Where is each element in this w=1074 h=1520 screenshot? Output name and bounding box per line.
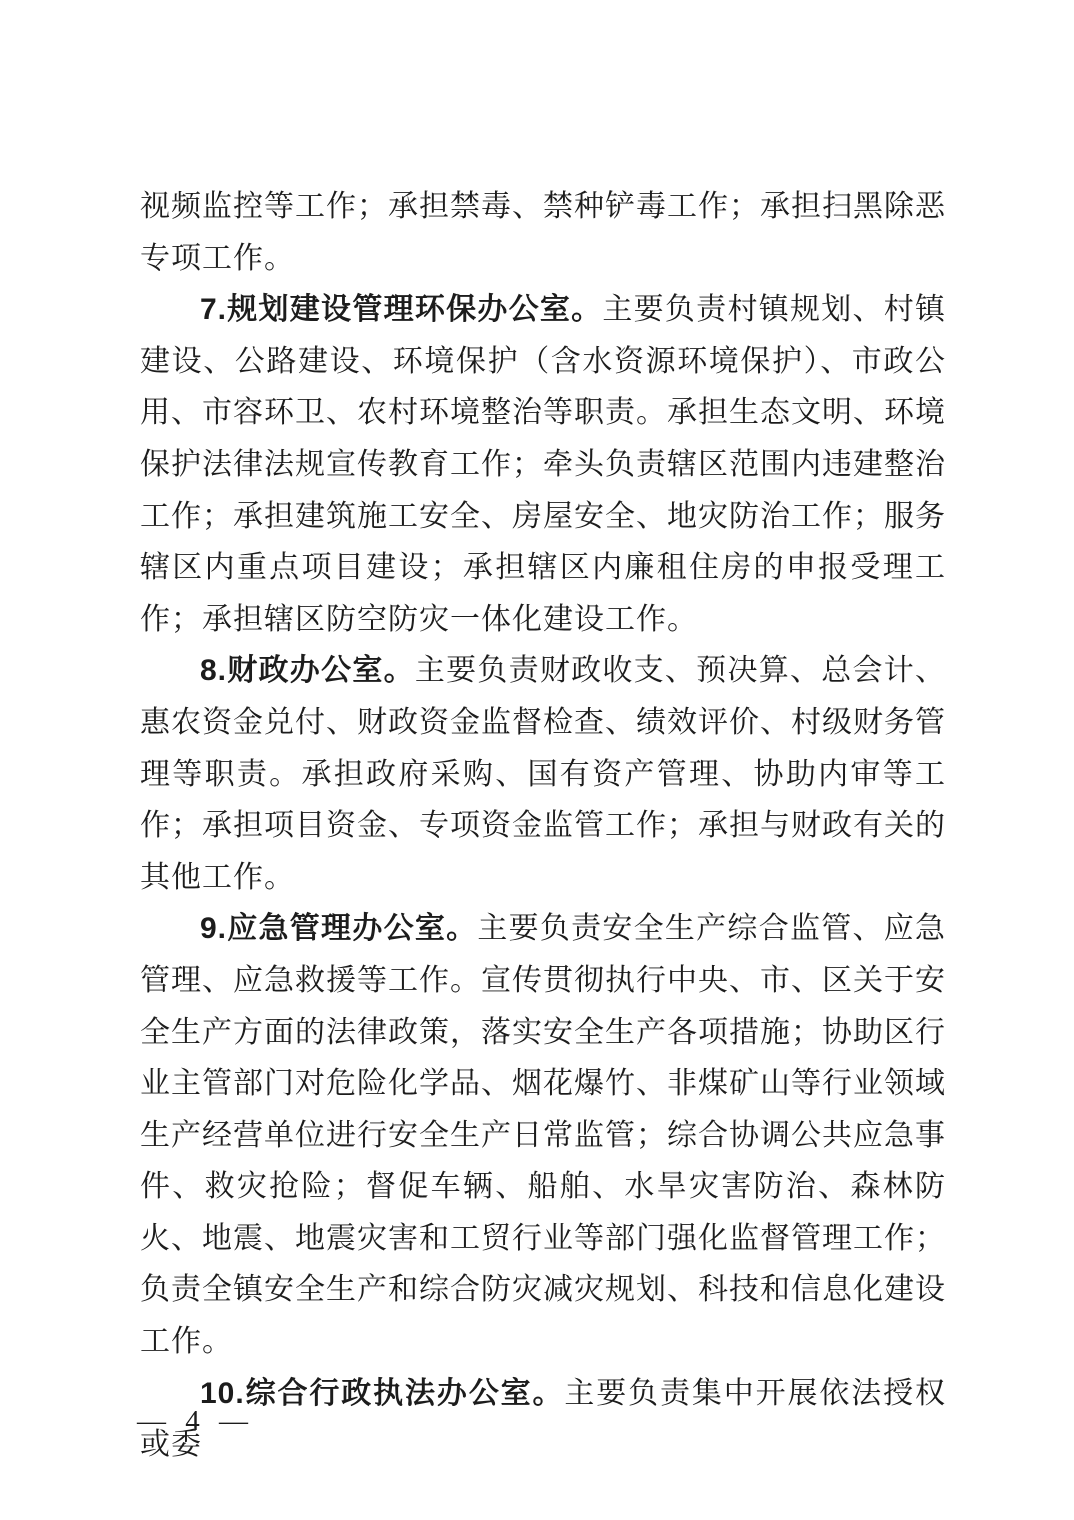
body-text: 视频监控等工作；承担禁毒、禁种铲毒工作；承担扫黑除恶专项工作。 7.规划建设管理…	[140, 181, 946, 1471]
paragraph: 9.应急管理办公室。主要负责安全生产综合监管、应急管理、应急救援等工作。宣传贯彻…	[140, 903, 946, 1367]
paragraph: 7.规划建设管理环保办公室。主要负责村镇规划、村镇建设、公路建设、环境保护（含水…	[140, 284, 946, 645]
paragraph-text: 视频监控等工作；承担禁毒、禁种铲毒工作；承担扫黑除恶专项工作。	[140, 190, 946, 275]
section-heading: 9.应急管理办公室。	[200, 912, 477, 945]
page-number: — 4 —	[137, 1405, 254, 1438]
paragraph: 10.综合行政执法办公室。主要负责集中开展依法授权或委	[140, 1368, 946, 1471]
section-heading: 7.规划建设管理环保办公室。	[200, 293, 602, 326]
paragraph-text: 主要负责安全生产综合监管、应急管理、应急救援等工作。宣传贯彻执行中央、市、区关于…	[140, 912, 946, 1358]
section-heading: 8.财政办公室。	[200, 654, 415, 687]
paragraph: 8.财政办公室。主要负责财政收支、预决算、总会计、惠农资金兑付、财政资金监督检查…	[140, 645, 946, 903]
paragraph-text: 主要负责村镇规划、村镇建设、公路建设、环境保护（含水资源环境保护）、市政公用、市…	[140, 293, 946, 636]
section-heading: 10.综合行政执法办公室。	[200, 1377, 564, 1410]
paragraph-text: 主要负责财政收支、预决算、总会计、惠农资金兑付、财政资金监督检查、绩效评价、村级…	[140, 654, 946, 893]
document-page: 视频监控等工作；承担禁毒、禁种铲毒工作；承担扫黑除恶专项工作。 7.规划建设管理…	[0, 0, 1074, 1520]
paragraph: 视频监控等工作；承担禁毒、禁种铲毒工作；承担扫黑除恶专项工作。	[140, 181, 946, 284]
